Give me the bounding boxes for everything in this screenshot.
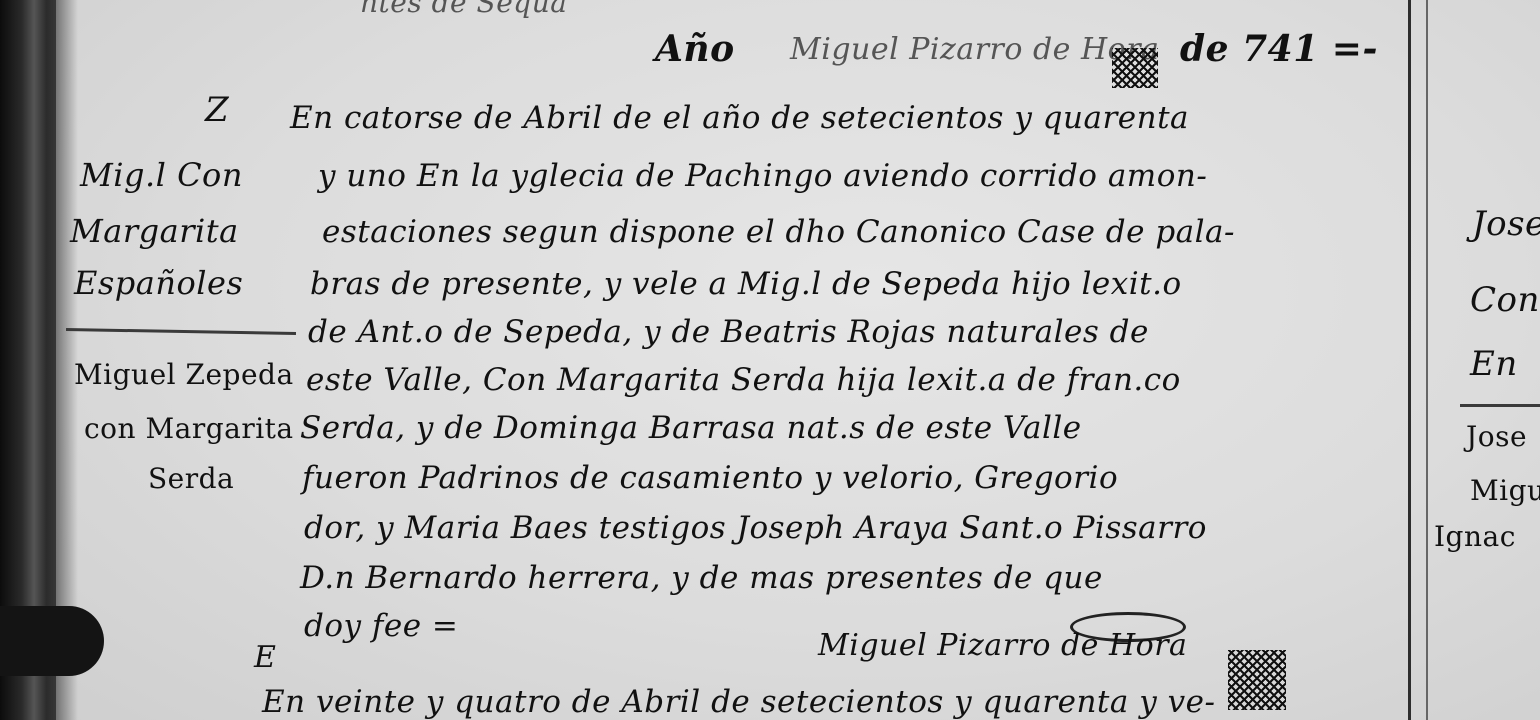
- margin-annotation-line2: con Margarita: [84, 412, 294, 445]
- body-line-1: En catorse de Abril de el año de setecie…: [290, 100, 1189, 136]
- right-annotation-line1: Jose: [1466, 420, 1527, 453]
- margin-note-line2: Margarita: [70, 212, 239, 250]
- binding-clip: [0, 606, 104, 676]
- right-annotation-line3: Ignac: [1434, 520, 1516, 553]
- body-line-6: este Valle, Con Margarita Serda hija lex…: [306, 362, 1181, 398]
- page-divider-line: [1408, 0, 1411, 720]
- right-margin-note-line2: Con: [1470, 280, 1540, 320]
- body-line-8: fueron Padrinos de casamiento y velorio,…: [302, 460, 1118, 496]
- year-signature: Miguel Pizarro de Hora: [790, 32, 1159, 67]
- right-margin-note-line3: En: [1470, 344, 1518, 384]
- margin-annotation-line1: Miguel Zepeda: [74, 358, 294, 391]
- right-margin-divider: [1460, 404, 1540, 407]
- margin-annotation-line3: Serda: [148, 462, 234, 495]
- entry-number-mark: Z: [205, 90, 229, 130]
- body-line-5: de Ant.o de Sepeda, y de Beatris Rojas n…: [308, 314, 1149, 350]
- next-entry-mark: E: [254, 640, 276, 675]
- body-line-4: bras de presente, y vele a Mig.l de Sepe…: [310, 266, 1182, 302]
- right-annotation-line2: Migu: [1470, 474, 1540, 507]
- top-fragment-text: ntes de Sequa: [360, 0, 567, 19]
- year-prefix: Año: [655, 28, 735, 70]
- page-edge-line: [1426, 0, 1428, 720]
- rubric-flourish-bottom: [1228, 650, 1286, 710]
- body-line-2: y uno En la yglecia de Pachingo aviendo …: [318, 158, 1207, 194]
- body-line-11: doy fee =: [304, 608, 458, 644]
- right-margin-note-line1: Josep: [1472, 204, 1540, 244]
- body-line-9: dor, y Maria Baes testigos Joseph Araya …: [304, 510, 1207, 546]
- margin-note-line1: Mig.l Con: [80, 156, 243, 194]
- priest-signature: Miguel Pizarro de Hora: [818, 628, 1187, 663]
- body-line-7: Serda, y de Dominga Barrasa nat.s de est…: [300, 410, 1082, 446]
- year-suffix: de 741 =-: [1180, 28, 1378, 70]
- rubric-flourish-top: [1112, 48, 1158, 88]
- body-line-3: estaciones segun dispone el dho Canonico…: [322, 214, 1235, 250]
- body-line-10: D.n Bernardo herrera, y de mas presentes…: [300, 560, 1103, 596]
- margin-note-line3: Españoles: [74, 264, 243, 302]
- next-entry-opening: En veinte y quatro de Abril de setecient…: [262, 684, 1215, 720]
